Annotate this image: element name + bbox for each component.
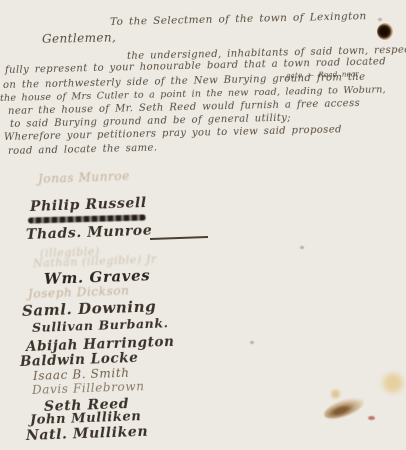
red-speck-stain xyxy=(368,416,375,420)
signature: Natl. Mulliken xyxy=(26,424,149,444)
salutation: Gentlemen, xyxy=(42,30,117,46)
speck-stain xyxy=(250,341,254,344)
signature-flourish xyxy=(150,236,208,240)
small-yellow-dot-stain xyxy=(330,389,341,399)
speck-stain xyxy=(378,18,382,21)
speck-stain xyxy=(300,246,304,249)
addressee-line: To the Selectmen of the town of Lexingto… xyxy=(110,10,367,28)
ink-blot xyxy=(377,23,393,40)
signature: Davis Fillebrown xyxy=(32,379,145,397)
signature: Thads. Munroe xyxy=(26,223,153,243)
body-line: road and locate the same. xyxy=(8,143,158,157)
interlinear-insertion: gate — Road near xyxy=(286,70,359,80)
brown-smudge-stain xyxy=(322,394,367,422)
manuscript-page: To the Selectmen of the town of Lexingto… xyxy=(0,0,406,450)
signature: Philip Russell xyxy=(30,195,147,215)
yellow-spot-stain xyxy=(381,372,405,394)
signature: Jonas Munroe xyxy=(38,169,130,186)
crossed-out-signature xyxy=(28,214,146,223)
